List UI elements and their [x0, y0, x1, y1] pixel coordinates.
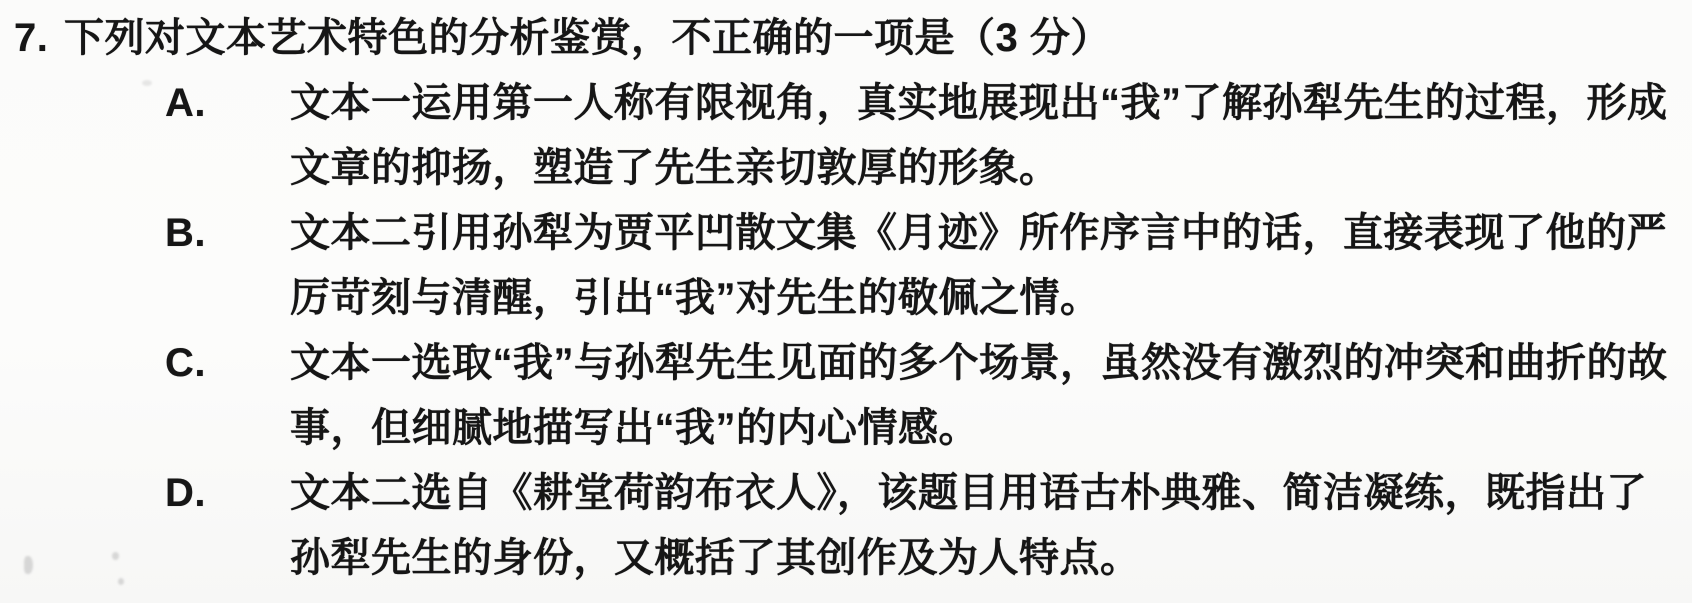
option-row-d: D. 文本二选自《耕堂荷韵布衣人》，该题目用语古朴典雅、简洁凝练，既指出了孙犁先… — [0, 461, 1674, 591]
option-text-b: 文本二引用孙犁为贾平凹散文集《月迹》所作序言中的话，直接表现了他的严厉苛刻与清醒… — [290, 201, 1674, 331]
option-text-a: 文本一运用第一人称有限视角，真实地展现出“我”了解孙犁先生的过程，形成文章的抑扬… — [290, 71, 1674, 201]
option-row-c: C. 文本一选取“我”与孙犁先生见面的多个场景，虽然没有激烈的冲突和曲折的故事，… — [0, 331, 1674, 461]
scan-artifact — [112, 552, 119, 560]
option-letter-c: C. — [165, 331, 290, 396]
question-row: 7. 下列对文本艺术特色的分析鉴赏，不正确的一项是（3 分） — [0, 6, 1674, 71]
scan-artifact — [118, 578, 124, 585]
exam-page: 7. 下列对文本艺术特色的分析鉴赏，不正确的一项是（3 分） A. 文本一运用第… — [0, 0, 1692, 603]
option-letter-d: D. — [165, 461, 290, 526]
option-letter-b: B. — [165, 201, 290, 266]
scan-artifact — [24, 556, 33, 574]
option-letter-a: A. — [165, 71, 290, 136]
question-stem: 下列对文本艺术特色的分析鉴赏，不正确的一项是（3 分） — [64, 6, 1674, 71]
option-row-b: B. 文本二引用孙犁为贾平凹散文集《月迹》所作序言中的话，直接表现了他的严厉苛刻… — [0, 201, 1674, 331]
option-text-c: 文本一选取“我”与孙犁先生见面的多个场景，虽然没有激烈的冲突和曲折的故事，但细腻… — [290, 331, 1674, 461]
scan-artifact — [142, 80, 152, 86]
option-text-d: 文本二选自《耕堂荷韵布衣人》，该题目用语古朴典雅、简洁凝练，既指出了孙犁先生的身… — [290, 461, 1674, 591]
question-number: 7. — [14, 6, 64, 71]
option-row-a: A. 文本一运用第一人称有限视角，真实地展现出“我”了解孙犁先生的过程，形成文章… — [0, 71, 1674, 201]
question-block: 7. 下列对文本艺术特色的分析鉴赏，不正确的一项是（3 分） A. 文本一运用第… — [0, 6, 1674, 591]
